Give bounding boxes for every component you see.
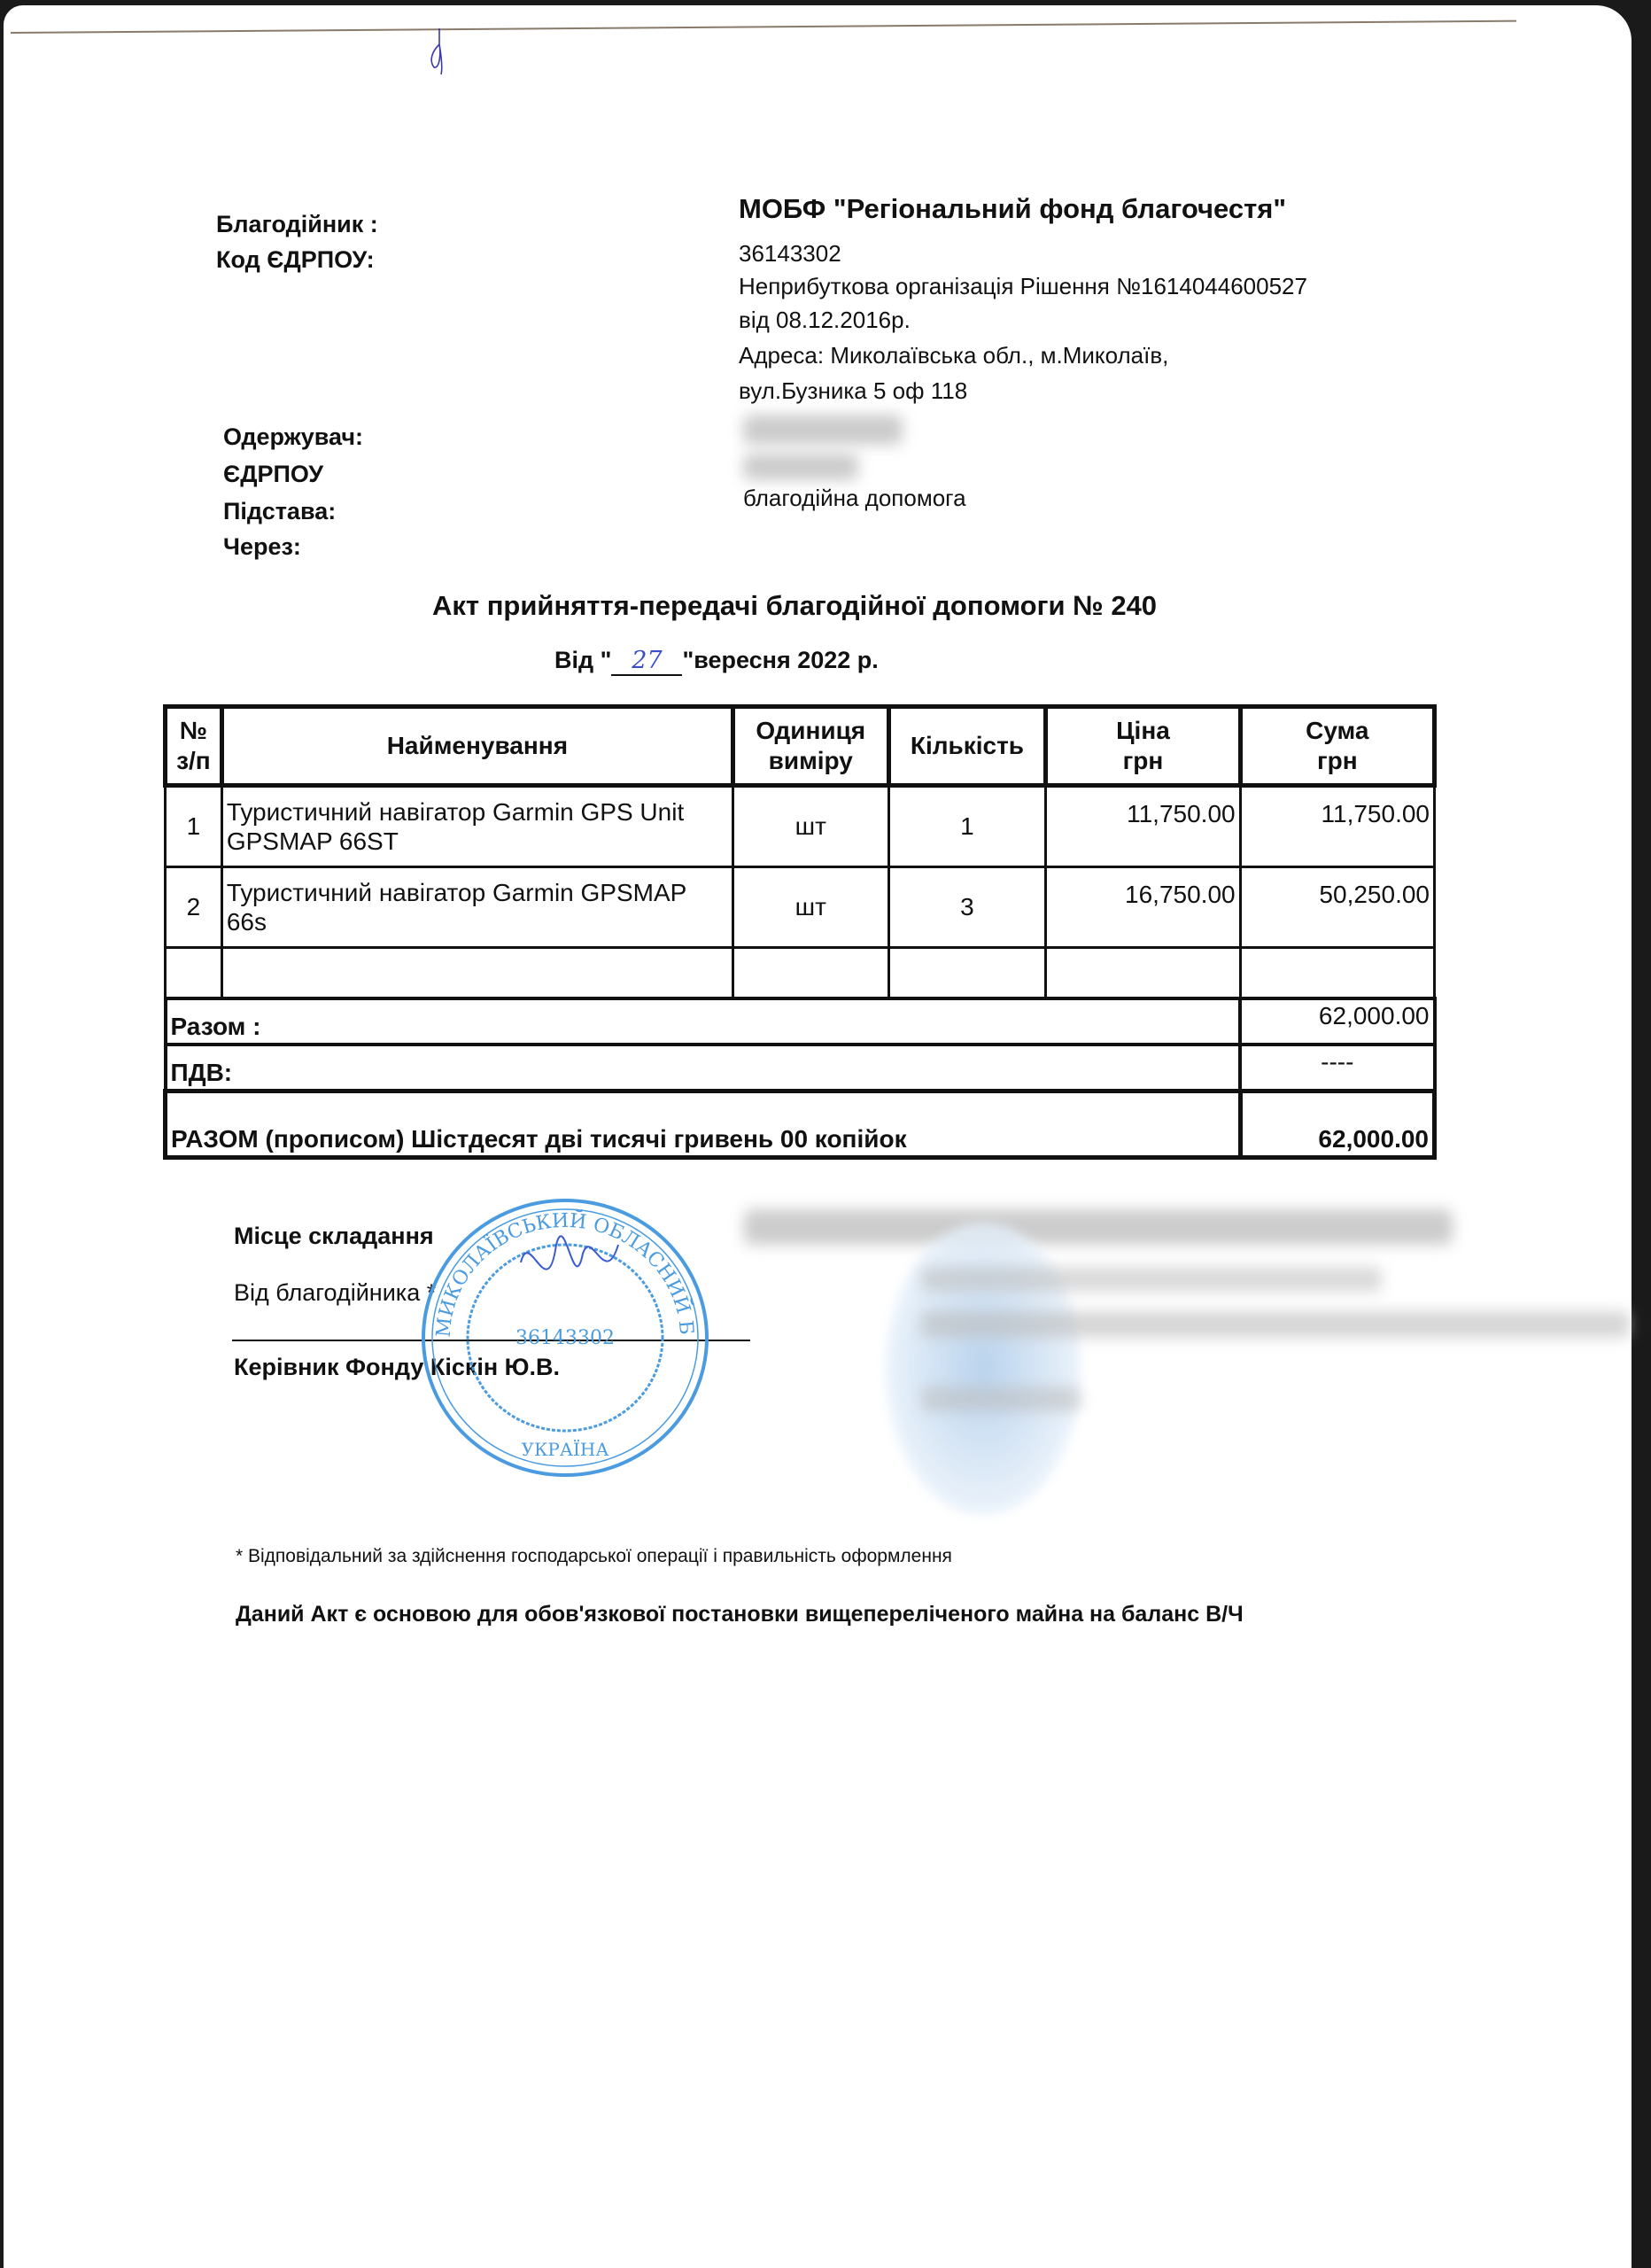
- total-value: 62,000.00: [1240, 998, 1434, 1045]
- basis-label: Підстава:: [223, 498, 336, 525]
- vat-value: ----: [1240, 1045, 1434, 1091]
- row-sum: 11,750.00: [1240, 786, 1434, 867]
- header-qty: Кількість: [888, 707, 1046, 786]
- redacted-text-line: [921, 1311, 1630, 1338]
- svg-text:МИКОЛАЇВСЬКИЙ ОБЛАСНИЙ БЛАГОДІ: МИКОЛАЇВСЬКИЙ ОБЛАСНИЙ БЛАГОДІЙНИЙ ФОНД: [415, 1192, 697, 1339]
- redacted-recipient-title: [744, 1209, 1453, 1245]
- words-total-value: 62,000.00: [1240, 1091, 1434, 1158]
- donor-label: Благодійник :: [216, 211, 378, 238]
- row-price: 11,750.00: [1046, 786, 1240, 867]
- svg-text:36143302: 36143302: [515, 1327, 615, 1349]
- donor-edrpou: 36143302: [739, 240, 841, 268]
- redacted-text-line: [921, 1267, 1382, 1292]
- row-price: 16,750.00: [1046, 867, 1240, 948]
- seal-stamp-icon: МИКОЛАЇВСЬКИЙ ОБЛАСНИЙ БЛАГОДІЙНИЙ ФОНД …: [415, 1192, 716, 1484]
- donor-edrpou-label: Код ЄДРПОУ:: [216, 246, 375, 274]
- words-total-row: РАЗОМ (прописом) Шістдесят дві тисячі гр…: [166, 1091, 1435, 1158]
- date-suffix: "вересня 2022 р.: [682, 647, 878, 673]
- row-sum: 50,250.00: [1240, 867, 1434, 948]
- via-label: Через:: [223, 533, 301, 561]
- date-day: 27: [611, 647, 682, 676]
- header-name: Найменування: [221, 707, 732, 786]
- act-title: Акт прийняття-передачі благодійної допом…: [432, 590, 1157, 622]
- scan-edge-line: [11, 20, 1516, 34]
- redacted-recipient-edrpou: [743, 454, 858, 480]
- donor-address-street: вул.Бузника 5 оф 118: [739, 377, 967, 405]
- header-unit: Одиницявиміру: [732, 707, 888, 786]
- row-qty: 3: [888, 867, 1046, 948]
- handwritten-mark-icon: [427, 28, 448, 76]
- row-unit: шт: [732, 786, 888, 867]
- svg-text:УКРАЇНА: УКРАЇНА: [521, 1439, 608, 1460]
- table-row-empty: [166, 948, 1435, 999]
- row-name: Туристичний навігатор Garmin GPS Unit GP…: [221, 786, 732, 867]
- header-num: №з/п: [166, 707, 222, 786]
- table-header-row: №з/п Найменування Одиницявиміру Кількіст…: [166, 707, 1435, 786]
- table-row: 1 Туристичний навігатор Garmin GPS Unit …: [166, 786, 1435, 867]
- donor-status-date: від 08.12.2016р.: [739, 307, 911, 334]
- header-price: Цінагрн: [1046, 707, 1240, 786]
- vat-row: ПДВ: ----: [166, 1045, 1435, 1091]
- header-sum: Сумагрн: [1240, 707, 1434, 786]
- words-total-label: РАЗОМ (прописом) Шістдесят дві тисячі гр…: [166, 1091, 1241, 1158]
- redacted-text-line: [921, 1386, 1081, 1411]
- vat-label: ПДВ:: [166, 1045, 1241, 1091]
- footnote: * Відповідальний за здійснення господарс…: [236, 1546, 952, 1567]
- recipient-edrpou-label: ЄДРПОУ: [223, 461, 323, 488]
- place-label: Місце складання: [234, 1223, 434, 1250]
- row-qty: 1: [888, 786, 1046, 867]
- donor-status: Неприбуткова організація Рішення №161404…: [739, 273, 1307, 300]
- row-num: 1: [166, 786, 222, 867]
- redacted-recipient-name: [743, 415, 903, 445]
- items-table: №з/п Найменування Одиницявиміру Кількіст…: [163, 704, 1437, 1160]
- recipient-label: Одержувач:: [223, 423, 363, 451]
- table-row: 2 Туристичний навігатор Garmin GPSMAP 66…: [166, 867, 1435, 948]
- row-unit: шт: [732, 867, 888, 948]
- total-label: Разом :: [166, 998, 1241, 1045]
- basis-value: благодійна допомога: [743, 485, 966, 512]
- row-name: Туристичний навігатор Garmin GPSMAP 66s: [221, 867, 732, 948]
- donor-name: МОБФ "Регіональний фонд благочестя": [739, 193, 1286, 225]
- act-date: Від "27"вересня 2022 р.: [554, 647, 879, 676]
- basis-note: Даний Акт є основою для обов'язкової пос…: [236, 1602, 1244, 1627]
- from-donor-label: Від благодійника *: [234, 1279, 436, 1307]
- donor-address: Адреса: Миколаївська обл., м.Миколаїв,: [739, 342, 1168, 369]
- date-prefix: Від ": [554, 647, 611, 673]
- row-num: 2: [166, 867, 222, 948]
- total-row: Разом : 62,000.00: [166, 998, 1435, 1045]
